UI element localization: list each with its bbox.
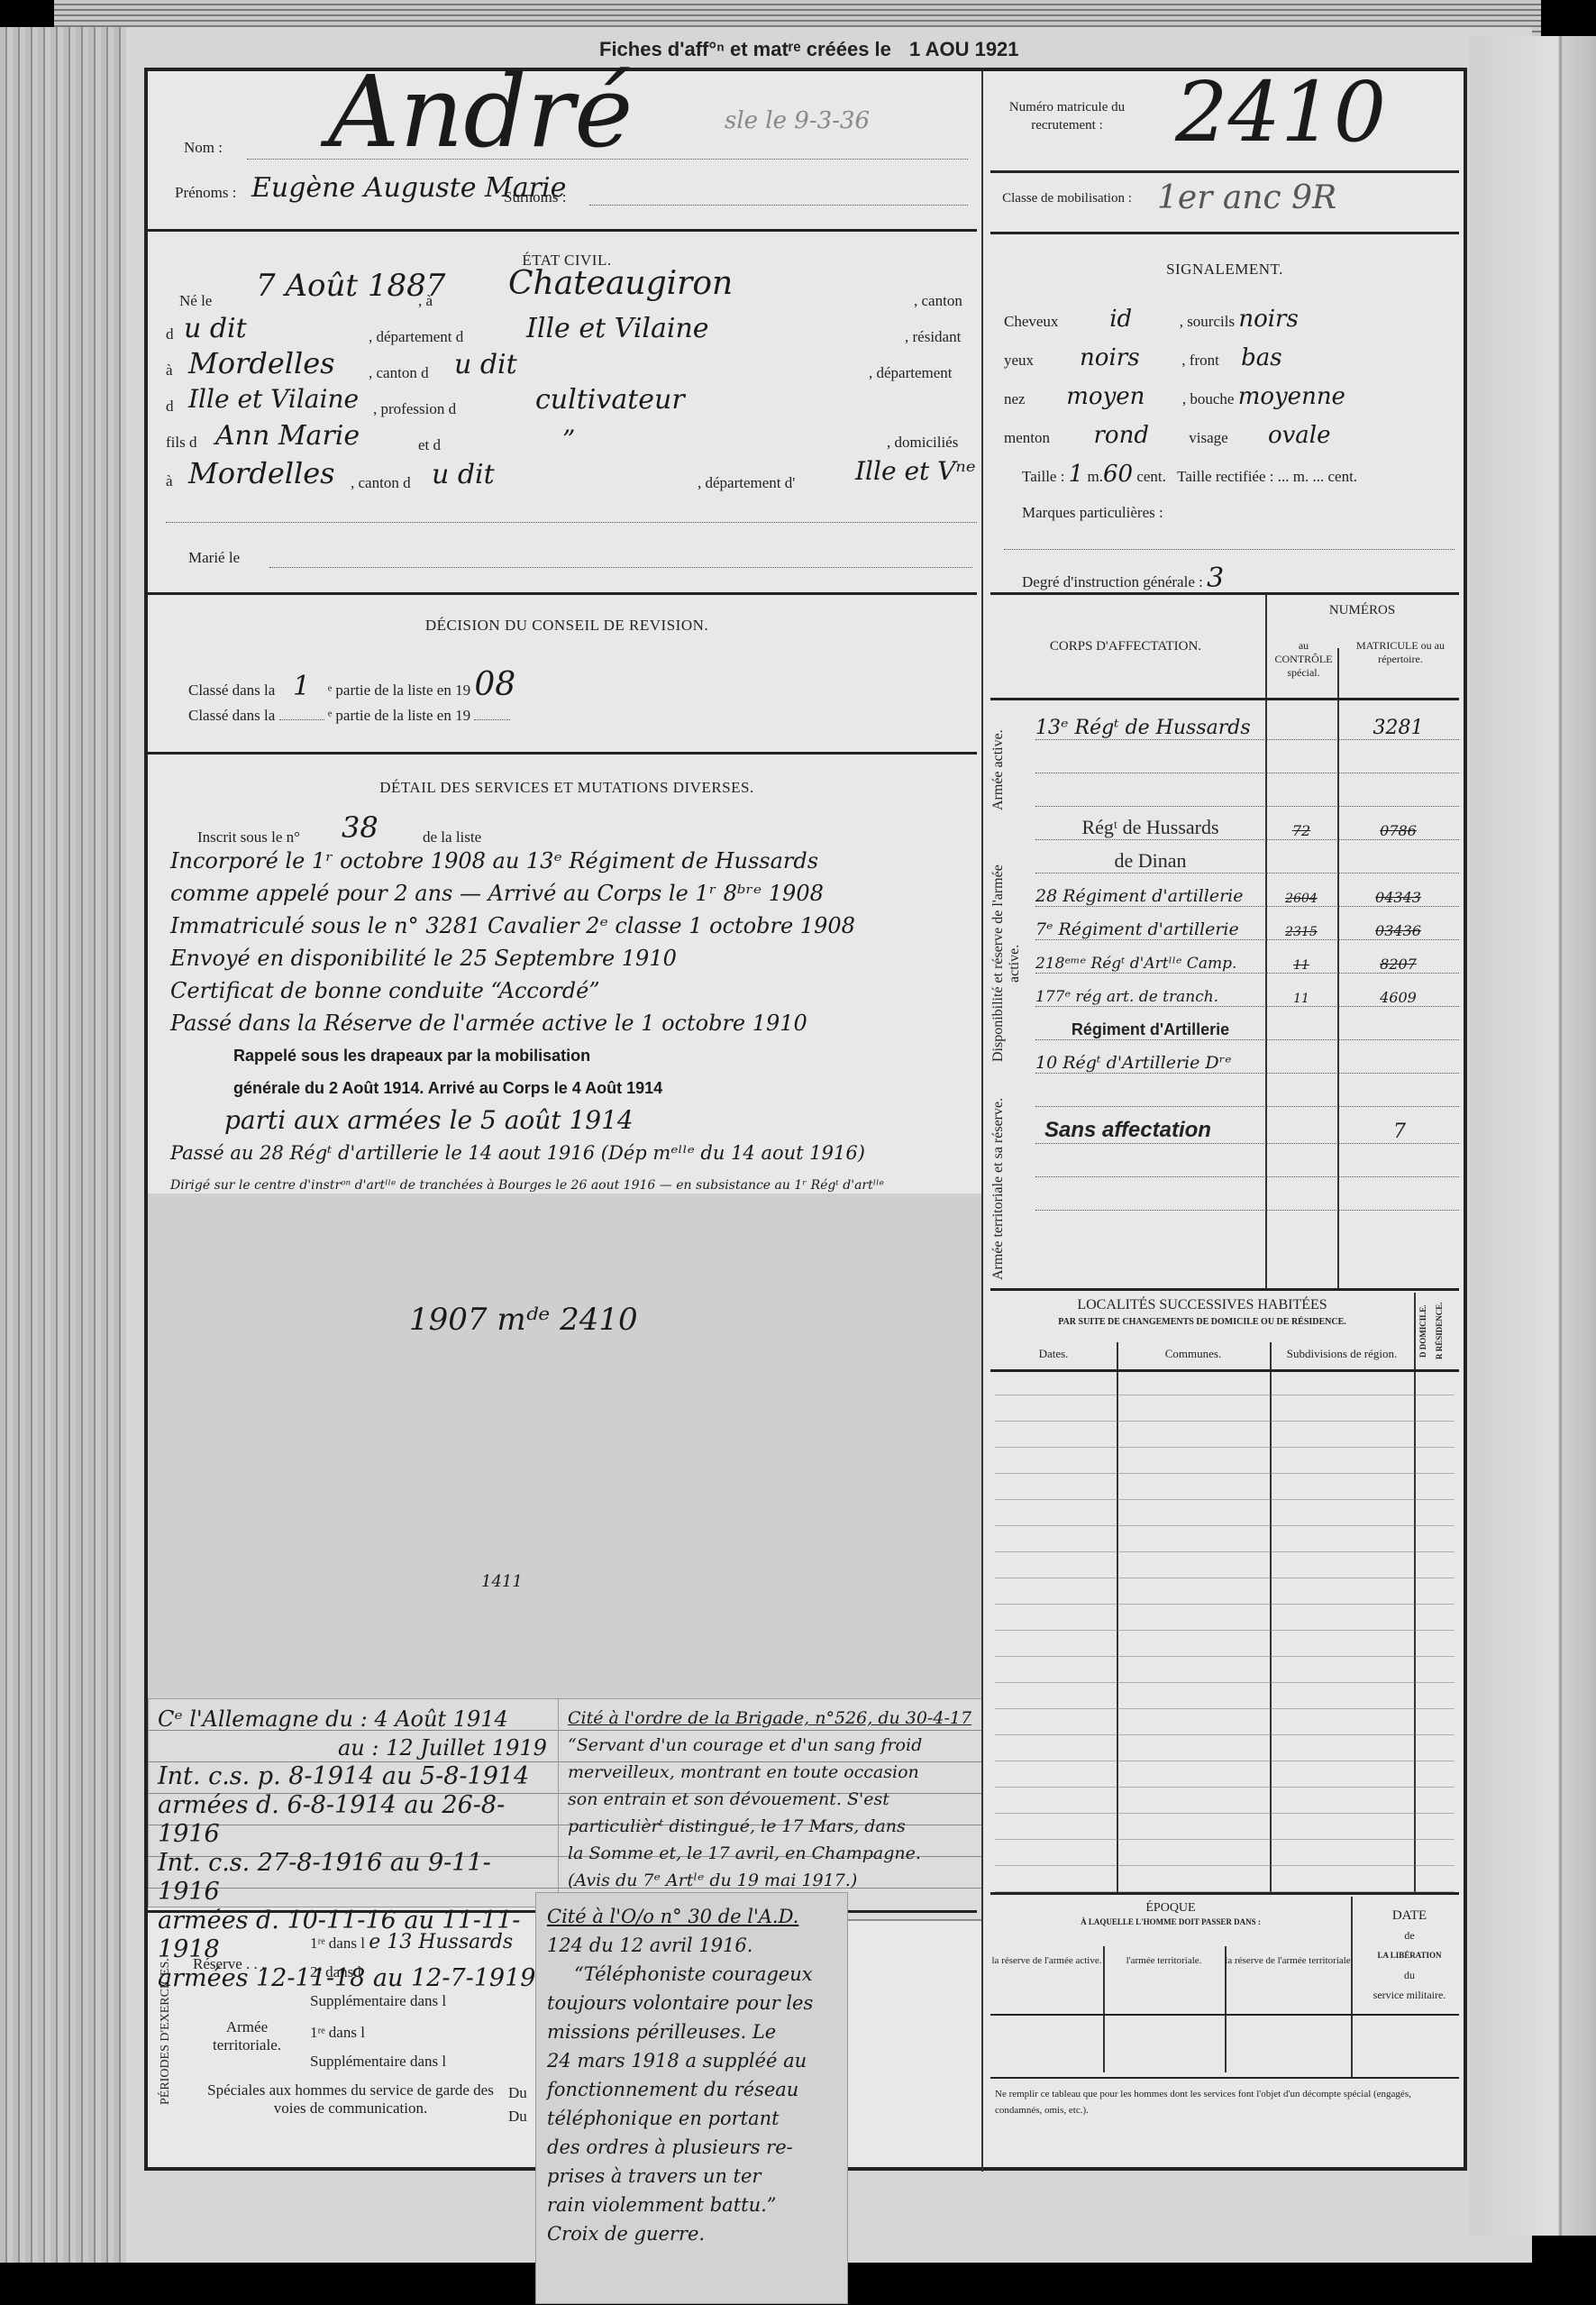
affectation-row: Régiment d'Artillerie bbox=[1035, 1007, 1459, 1040]
pasted-note-small: 1411 bbox=[481, 1572, 523, 1591]
facing-page-edge bbox=[1469, 36, 1596, 2236]
page-stack-edge bbox=[0, 27, 126, 2263]
service-line: parti aux armées le 5 août 1914 bbox=[170, 1104, 972, 1137]
campaigns-note: Cᵉ l'Allemagne du : 4 Août 1914 au : 12 … bbox=[148, 1698, 560, 1907]
epoque-subtitle: À LAQUELLE L'HOMME DOIT PASSER DANS : bbox=[990, 1917, 1351, 1926]
dom-dept-label: , département d' bbox=[698, 474, 795, 492]
campaign-line: Cᵉ l'Allemagne du : 4 Août 1914 bbox=[158, 1705, 550, 1733]
service-line: Passé au 28 Régᵗ d'artillerie le 14 aout… bbox=[170, 1137, 972, 1169]
reserve-value: e 13 Hussards bbox=[369, 1931, 513, 1953]
profession-label: , profession d bbox=[373, 400, 456, 418]
dotted-line bbox=[166, 522, 977, 523]
localites-subtitle: PAR SUITE DE CHANGEMENTS DE DOMICILE OU … bbox=[990, 1317, 1414, 1327]
affectation-row: 7ᵉ Régiment d'artillerie231503436 bbox=[1035, 907, 1459, 940]
nom-label: Nom : bbox=[184, 139, 223, 157]
citation-line: rain violemment battu.” bbox=[547, 2191, 836, 2219]
fils-label: fils d bbox=[166, 434, 196, 452]
classe-label: Classe de mobilisation : bbox=[995, 188, 1139, 208]
residant-prefix: à bbox=[166, 361, 173, 380]
dom-prefix: à bbox=[166, 472, 173, 490]
col-reserve-active: la réserve de l'armée active. bbox=[990, 1955, 1103, 1966]
affectation-row: 28 Régiment d'artillerie260404343 bbox=[1035, 874, 1459, 907]
divider bbox=[990, 2014, 1459, 2016]
citation-line: Cité à l'O/o n° 30 de l'A.D. bbox=[547, 1902, 836, 1931]
services-lines: Incorporé le 1ʳ octobre 1908 au 13ᵉ Régi… bbox=[170, 845, 972, 1202]
campaign-line: Int. c.s. p. 8-1914 au 5-8-1914 bbox=[158, 1762, 550, 1791]
surnoms-label: Surnoms : bbox=[504, 188, 566, 206]
degre-label: Degré d'instruction générale : bbox=[1022, 573, 1203, 590]
divider bbox=[148, 592, 977, 595]
marie-line bbox=[269, 567, 972, 568]
col-controle: au CONTRÔLE spécial. bbox=[1270, 639, 1337, 680]
divider bbox=[148, 229, 977, 232]
classe-row-2: Classé dans la ᵉ partie de la liste en 1… bbox=[188, 707, 510, 725]
affectation-row bbox=[1035, 773, 1459, 807]
col-dates: Dates. bbox=[990, 1347, 1117, 1361]
divider bbox=[990, 592, 1459, 595]
military-record-form: André sle le 9-3-36 Nom : Prénoms : Eugè… bbox=[144, 68, 1467, 2171]
sourcils-value: noirs bbox=[1238, 306, 1299, 333]
classe-value: 1er anc 9R bbox=[1157, 179, 1336, 216]
liste-label: de la liste bbox=[423, 828, 481, 846]
domicilies-label: , domiciliés bbox=[887, 434, 958, 452]
citation-title: Cité à l'ordre de la Brigade, n°526, du … bbox=[568, 1705, 973, 1732]
residant-label: , résidant bbox=[905, 328, 961, 346]
affectation-row: 177ᵉ rég art. de tranch.114609 bbox=[1035, 974, 1459, 1007]
canton-prefix: d bbox=[166, 325, 174, 343]
ne-le-label: Né le bbox=[179, 292, 212, 310]
creation-stamp: Fiches d'aff°ⁿ et matʳᵉ créées le 1 AOU … bbox=[599, 38, 1019, 61]
numero-label: Numéro matricule du recrutement : bbox=[995, 98, 1139, 134]
affectation-row: 218ᵉᵐᵉ Régᵗ d'Artˡˡᵉ Camp.118207 bbox=[1035, 940, 1459, 974]
epoque-title: ÉPOQUE bbox=[990, 1901, 1351, 1916]
citation-line: “Servant d'un courage et d'un sang froid bbox=[568, 1732, 973, 1759]
inscrit-value: 38 bbox=[342, 810, 378, 845]
campaign-line: Int. c.s. 27-8-1916 au 9-11-1916 bbox=[158, 1849, 550, 1907]
nez-value: moyen bbox=[1029, 379, 1182, 415]
a-label: , à bbox=[418, 292, 433, 310]
dom-dept-value: Ille et Vⁿᵉ bbox=[855, 456, 976, 486]
residence-label: R RÉSIDENCE. bbox=[1435, 1297, 1444, 1365]
signalement-fields: Cheveux id, sourcils noirs yeux noirs, f… bbox=[1004, 301, 1455, 600]
group-label-territoriale: Armée territoriale et sa réserve. bbox=[990, 1090, 1026, 1288]
fils-value: Ann Marie bbox=[215, 420, 360, 452]
campaign-line: armées d. 6-8-1914 au 26-8-1916 bbox=[158, 1791, 550, 1849]
date-liberation-header: DATE de LA LIBÉRATION du service militai… bbox=[1355, 1906, 1464, 2005]
bouche-value: moyenne bbox=[1238, 383, 1345, 410]
dom-canton-label: , canton d bbox=[351, 474, 411, 492]
citation-line: des ordres à plusieurs re- bbox=[547, 2133, 836, 2162]
citation-line: “Téléphoniste courageux bbox=[547, 1960, 836, 1989]
residant-value: Mordelles bbox=[188, 346, 335, 380]
pasted-slip: 1907 mᵈᵉ 2410 1411 bbox=[148, 1194, 981, 1698]
reserve-label: Réserve . . . bbox=[193, 1955, 265, 1973]
inscrit-label: Inscrit sous le n° bbox=[197, 828, 300, 846]
service-line: Certificat de bonne conduite “Accordé” bbox=[170, 974, 972, 1007]
stamp-text: Fiches d'aff°ⁿ et matʳᵉ créées le bbox=[599, 38, 891, 60]
col-matricule: MATRICULE ou au répertoire. bbox=[1342, 639, 1459, 666]
yeux-value: noirs bbox=[1037, 340, 1181, 376]
canton2-label: , canton d bbox=[369, 364, 429, 382]
departement-value: Ille et Vilaine bbox=[526, 313, 709, 344]
conseil-revision-title: DÉCISION DU CONSEIL DE REVISION. bbox=[148, 617, 986, 635]
group-label-active: Armée active. bbox=[990, 702, 1007, 837]
visage-value: ovale bbox=[1232, 422, 1331, 449]
menton-value: rond bbox=[1053, 417, 1189, 453]
nom-line bbox=[247, 159, 968, 160]
canton-label: , canton bbox=[914, 292, 962, 310]
ne-le-value: 7 Août 1887 bbox=[256, 268, 445, 304]
campaign-line: au : 12 Juillet 1919 bbox=[158, 1733, 550, 1762]
divider bbox=[990, 2077, 1459, 2079]
taille-m: 1 bbox=[1069, 461, 1084, 488]
degre-value: 3 bbox=[1207, 563, 1224, 594]
departement2-label: , département bbox=[869, 364, 953, 382]
service-line: Immatriculé sous le n° 3281 Cavalier 2ᵉ … bbox=[170, 910, 972, 942]
service-line: Passé dans la Réserve de l'armée active … bbox=[170, 1007, 972, 1039]
affectation-rows: 13ᵉ Régᵗ de Hussards3281 Régᵗ de Hussard… bbox=[1035, 707, 1459, 1211]
divider bbox=[990, 1288, 1459, 1291]
citation-line: toujours volontaire pour les bbox=[547, 1989, 836, 2017]
reserve-rows: 1ʳᵉ dans l e 13 Hussards 2ᵉ dans l Suppl… bbox=[310, 1928, 513, 2016]
cheveux-value: id bbox=[1062, 301, 1180, 337]
divider bbox=[990, 1892, 1459, 1895]
citation-line: son entrain et son dévouement. S'est bbox=[568, 1786, 973, 1813]
citation-line: fonctionnement du réseau bbox=[547, 2075, 836, 2104]
canton-value: u dit bbox=[184, 313, 247, 344]
col-divider bbox=[1351, 1897, 1353, 2077]
exercices-vertical-label: PÉRIODES D'EXERCICES. bbox=[159, 1942, 173, 2122]
divider bbox=[990, 170, 1459, 173]
service-line: comme appelé pour 2 ans — Arrivé au Corp… bbox=[170, 877, 972, 910]
service-line-stamp: générale du 2 Août 1914. Arrivé au Corps… bbox=[170, 1072, 972, 1104]
epoque-footnote: Ne remplir ce tableau que pour les homme… bbox=[995, 2086, 1455, 2118]
col-reserve-territoriale: la réserve de l'armée territoriale bbox=[1225, 1955, 1351, 1966]
partie-value: 1 bbox=[279, 671, 324, 702]
divider bbox=[990, 698, 1459, 700]
affectation-row: Régᵗ de Hussards720786 bbox=[1035, 807, 1459, 840]
citation-line: prises à travers un ter bbox=[547, 2162, 836, 2191]
territoriale-label: Armée territoriale. bbox=[197, 2018, 296, 2054]
localites-grid bbox=[995, 1369, 1455, 1892]
pasted-note: 1907 mᵈᵉ 2410 bbox=[409, 1302, 638, 1338]
speciales-label: Spéciales aux hommes du service de garde… bbox=[202, 2081, 499, 2117]
signalement-title: SIGNALEMENT. bbox=[990, 261, 1459, 279]
localites-title: LOCALITÉS SUCCESSIVES HABITÉES bbox=[990, 1297, 1414, 1313]
service-line: Incorporé le 1ʳ octobre 1908 au 13ᵉ Régi… bbox=[170, 845, 972, 877]
affectation-row bbox=[1035, 740, 1459, 773]
group-label-disponibilite: Disponibilité et réserve de l'armée acti… bbox=[990, 846, 1026, 1081]
territoriale-rows: 1ʳᵉ dans l Supplémentaire dans l bbox=[310, 2018, 446, 2076]
affectation-row: 10 Régᵗ d'Artillerie Dʳᵉ bbox=[1035, 1040, 1459, 1074]
service-line: Envoyé en disponibilité le 25 Septembre … bbox=[170, 942, 972, 974]
du-labels: Du Du bbox=[508, 2081, 527, 2128]
citation-line: merveilleux, montrant en toute occasion bbox=[568, 1759, 973, 1786]
prenoms-label: Prénoms : bbox=[175, 184, 236, 202]
nom-value: André bbox=[328, 62, 633, 161]
citation-line: 24 mars 1918 a suppléé au bbox=[547, 2046, 836, 2075]
citation-2-note: Cité à l'O/o n° 30 de l'A.D. 124 du 12 a… bbox=[535, 1892, 848, 2304]
citation-line: téléphonique en portant bbox=[547, 2104, 836, 2133]
classe-row-1: Classé dans la 1 ᵉ partie de la liste en… bbox=[188, 666, 515, 703]
citation-line: particulièrᵗ distingué, le 17 Mars, dans bbox=[568, 1813, 973, 1840]
marques-label: Marques particulières : bbox=[1022, 504, 1163, 521]
taille-cm: 60 bbox=[1103, 461, 1133, 488]
departement2-prefix: d bbox=[166, 398, 174, 416]
citation-line: missions périlleuses. Le bbox=[547, 2017, 836, 2046]
col-subdivisions: Subdivisions de région. bbox=[1270, 1347, 1414, 1361]
stamp-date: 1 AOU 1921 bbox=[909, 38, 1018, 60]
profession-value: cultivateur bbox=[535, 384, 685, 416]
citation-line: Croix de guerre. bbox=[547, 2219, 836, 2248]
dom-value: Mordelles bbox=[188, 456, 335, 490]
departement-label: , département d bbox=[369, 328, 463, 346]
affectation-row: 13ᵉ Régᵗ de Hussards3281 bbox=[1035, 707, 1459, 740]
affectation-row: de Dinan bbox=[1035, 840, 1459, 874]
citation-line: la Somme et, le 17 avril, en Champagne. bbox=[568, 1840, 973, 1867]
departement2-value: Ille et Vilaine bbox=[188, 384, 359, 414]
divider bbox=[990, 232, 1459, 234]
canton2-value: u dit bbox=[454, 349, 517, 380]
col-communes: Communes. bbox=[1117, 1347, 1270, 1361]
et-value: ” bbox=[562, 425, 575, 454]
numero-value: 2410 bbox=[1175, 71, 1386, 154]
col-territoriale: l'armée territoriale. bbox=[1103, 1955, 1225, 1966]
service-line-stamp: Rappelé sous les drapeaux par la mobilis… bbox=[170, 1039, 972, 1072]
annotation: sle le 9-3-36 bbox=[725, 107, 870, 134]
services-title: DÉTAIL DES SERVICES ET MUTATIONS DIVERSE… bbox=[148, 779, 986, 797]
front-value: bas bbox=[1223, 344, 1282, 371]
domicile-label: D DOMICILE. bbox=[1418, 1297, 1427, 1365]
surnoms-line bbox=[589, 205, 968, 206]
year-value: 08 bbox=[474, 666, 515, 703]
citation-line: (Avis du 7ᵉ Artˡᵉ du 19 mai 1917.) bbox=[568, 1867, 973, 1894]
citation-1-note: Cité à l'ordre de la Brigade, n°526, du … bbox=[558, 1698, 983, 1921]
et-label: et d bbox=[418, 436, 441, 454]
affectation-title: CORPS D'AFFECTATION. bbox=[990, 639, 1261, 654]
dom-canton-value: u dit bbox=[432, 459, 495, 490]
affectation-row: Sans affectation7 bbox=[1035, 1107, 1459, 1144]
a-value: Chateaugiron bbox=[508, 265, 733, 302]
column-divider bbox=[981, 71, 983, 2172]
numeros-title: NUMÉROS bbox=[1265, 603, 1459, 618]
divider bbox=[148, 752, 977, 755]
citation-line: 124 du 12 avril 1916. bbox=[547, 1931, 836, 1960]
marie-label: Marié le bbox=[188, 549, 240, 567]
